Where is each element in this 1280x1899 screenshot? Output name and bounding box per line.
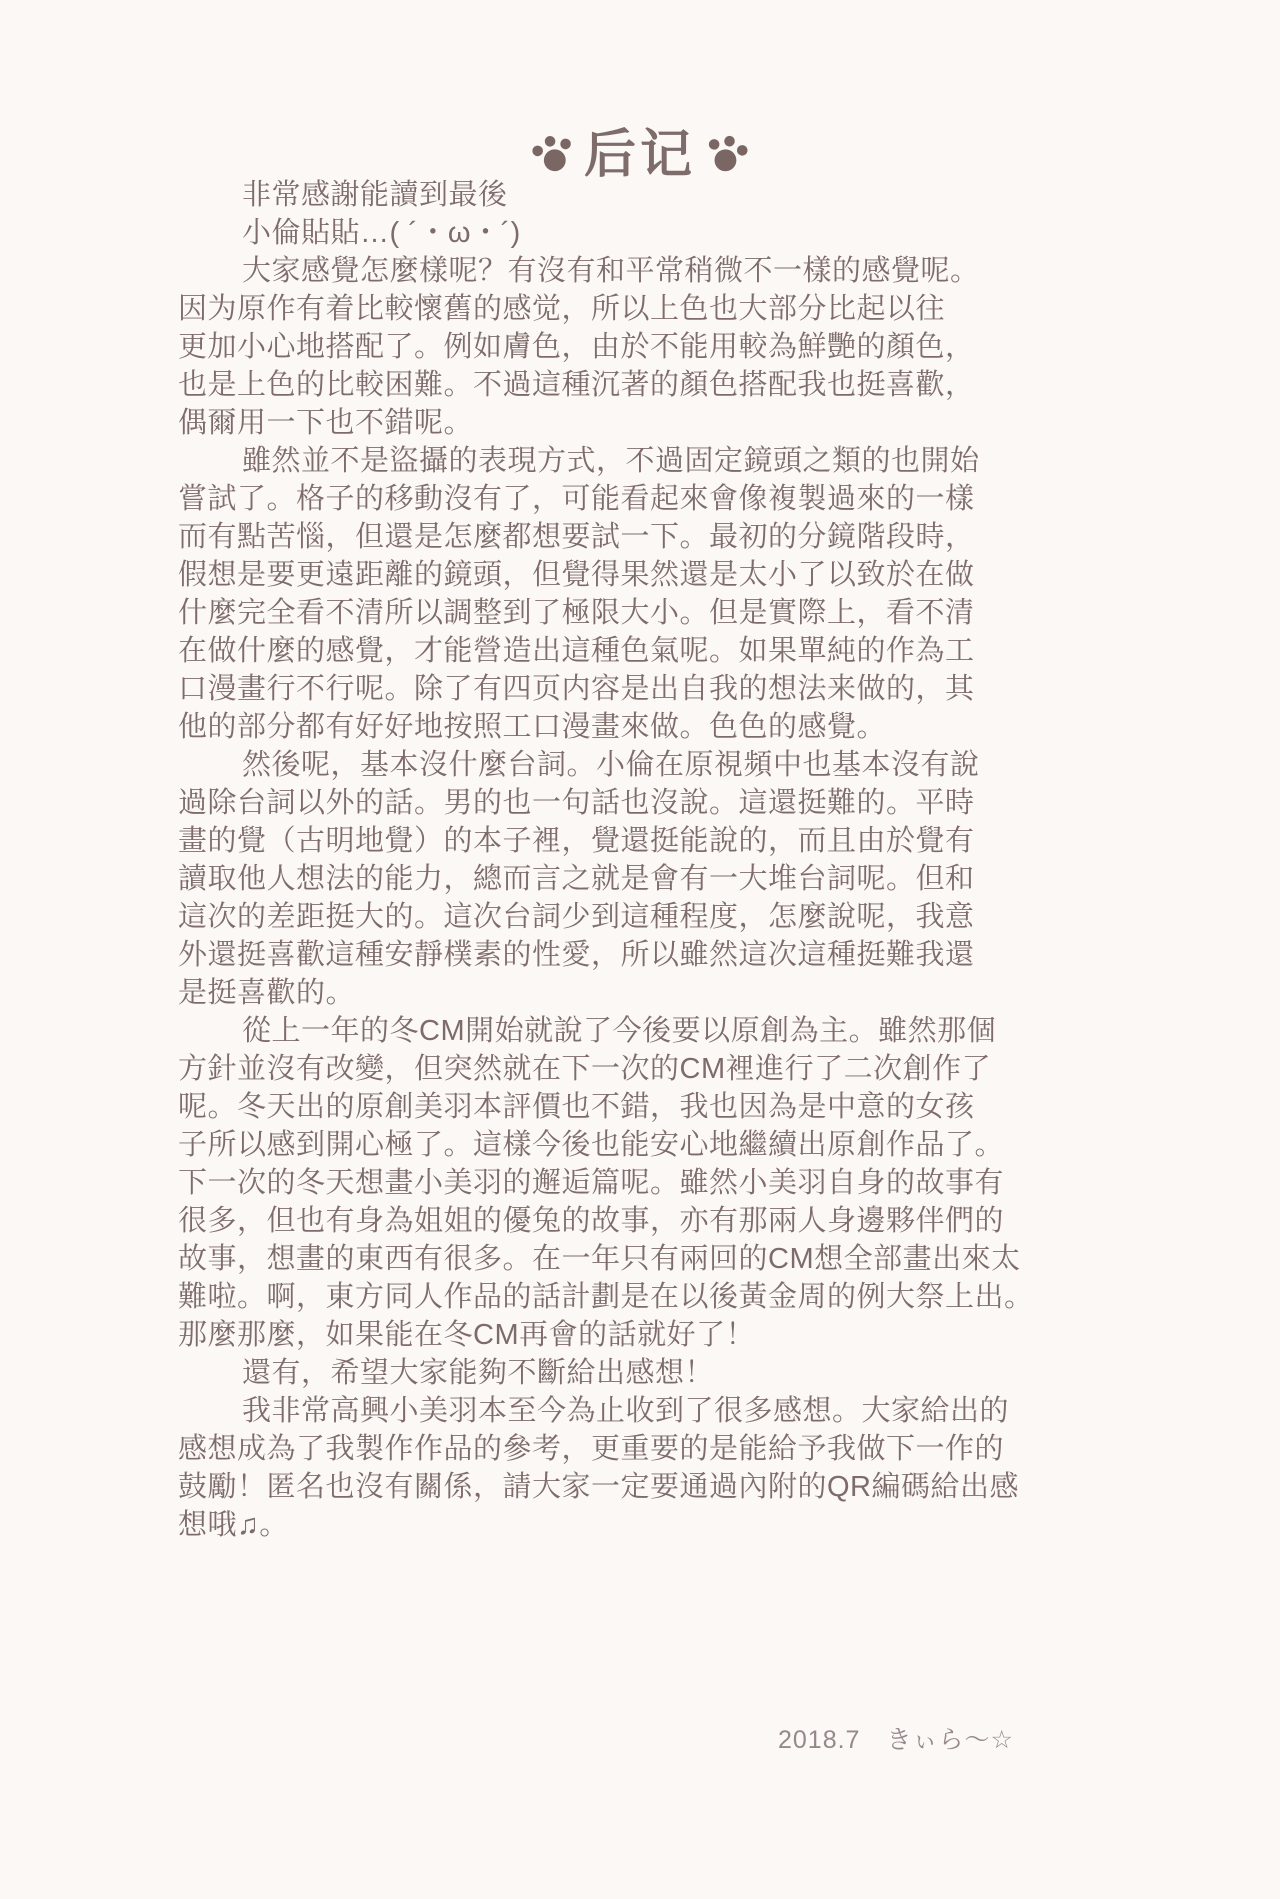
text-line: 畫的覺（古明地覺）的本子裡，覺還挺能說的，而且由於覺有 <box>178 822 978 860</box>
text-line: 這次的差距挺大的。這次台詞少到這種程度，怎麼說呢，我意 <box>178 898 978 936</box>
text-line: 下一次的冬天想畫小美羽的邂逅篇呢。雖然小美羽自身的故事有 <box>178 1164 978 1202</box>
text-line: 小倫貼貼…( ´・ω・´) <box>178 214 978 252</box>
text-line: 難啦。啊，東方同人作品的話計劃是在以後黃金周的例大祭上出。 <box>178 1278 978 1316</box>
text-line: 偶爾用一下也不錯呢。 <box>178 404 978 442</box>
paw-print-icon <box>525 125 581 181</box>
text-line: 因为原作有着比較懷舊的感觉，所以上色也大部分比起以往 <box>178 290 978 328</box>
text-line: 更加小心地搭配了。例如膚色，由於不能用較為鮮艷的顏色， <box>178 328 978 366</box>
body-text: 非常感謝能讀到最後小倫貼貼…( ´・ω・´)大家感覺怎麼樣呢？有沒有和平常稍微不… <box>178 176 978 1544</box>
text-line: 口漫畫行不行呢。除了有四页内容是出自我的想法来做的，其 <box>178 670 978 708</box>
date-signature: 2018.7 きぃら～☆ <box>778 1720 1014 1756</box>
text-line: 感想成為了我製作作品的參考，更重要的是能給予我做下一作的 <box>178 1430 978 1468</box>
text-line: 什麼完全看不清所以調整到了極限大小。但是實際上，看不清 <box>178 594 978 632</box>
text-line: 外還挺喜歡這種安靜樸素的性愛，所以雖然這次這種挺難我還 <box>178 936 978 974</box>
text-line: 讀取他人想法的能力，總而言之就是會有一大堆台詞呢。但和 <box>178 860 978 898</box>
text-line: 那麼那麼，如果能在冬CM再會的話就好了！ <box>178 1316 978 1354</box>
text-line: 大家感覺怎麼樣呢？有沒有和平常稍微不一樣的感覺呢。 <box>178 252 978 290</box>
afterword-page: 后记 非常感謝能讀到最後小倫貼貼…( ´・ω・´)大家感覺怎麼樣呢？有沒有和平常… <box>0 0 1280 1899</box>
text-line: 也是上色的比較困難。不過這種沉著的顏色搭配我也挺喜歡， <box>178 366 978 404</box>
text-line: 假想是要更遠距離的鏡頭，但覺得果然還是太小了以致於在做 <box>178 556 978 594</box>
text-line: 從上一年的冬CM開始就說了今後要以原創為主。雖然那個 <box>178 1012 978 1050</box>
text-line: 想哦♫。 <box>178 1506 978 1544</box>
text-line: 雖然並不是盜攝的表現方式，不過固定鏡頭之類的也開始 <box>178 442 978 480</box>
text-line: 非常感謝能讀到最後 <box>178 176 978 214</box>
text-line: 還有，希望大家能夠不斷給出感想！ <box>178 1354 978 1392</box>
text-line: 在做什麼的感覺，才能營造出這種色氣呢。如果單純的作為工 <box>178 632 978 670</box>
text-line: 嘗試了。格子的移動沒有了，可能看起來會像複製過來的一樣 <box>178 480 978 518</box>
text-line: 他的部分都有好好地按照工口漫畫來做。色色的感覺。 <box>178 708 978 746</box>
text-line: 是挺喜歡的。 <box>178 974 978 1012</box>
text-line: 故事，想畫的東西有很多。在一年只有兩回的CM想全部畫出來太 <box>178 1240 978 1278</box>
text-line: 子所以感到開心極了。這樣今後也能安心地繼續出原創作品了。 <box>178 1126 978 1164</box>
text-line: 很多，但也有身為姐姐的優兔的故事，亦有那兩人身邊夥伴們的 <box>178 1202 978 1240</box>
text-line: 過除台詞以外的話。男的也一句話也沒說。這還挺難的。平時 <box>178 784 978 822</box>
text-line: 方針並沒有改變，但突然就在下一次的CM裡進行了二次創作了 <box>178 1050 978 1088</box>
text-line: 而有點苦惱，但還是怎麼都想要試一下。最初的分鏡階段時， <box>178 518 978 556</box>
paw-print-icon <box>700 125 755 180</box>
text-line: 鼓勵！匿名也沒有關係，請大家一定要通過內附的QR編碼給出感 <box>178 1468 978 1506</box>
text-line: 然後呢，基本沒什麼台詞。小倫在原視頻中也基本沒有說 <box>178 746 978 784</box>
text-line: 呢。冬天出的原創美羽本評價也不錯，我也因為是中意的女孩 <box>178 1088 978 1126</box>
text-line: 我非常高興小美羽本至今為止收到了很多感想。大家給出的 <box>178 1392 978 1430</box>
